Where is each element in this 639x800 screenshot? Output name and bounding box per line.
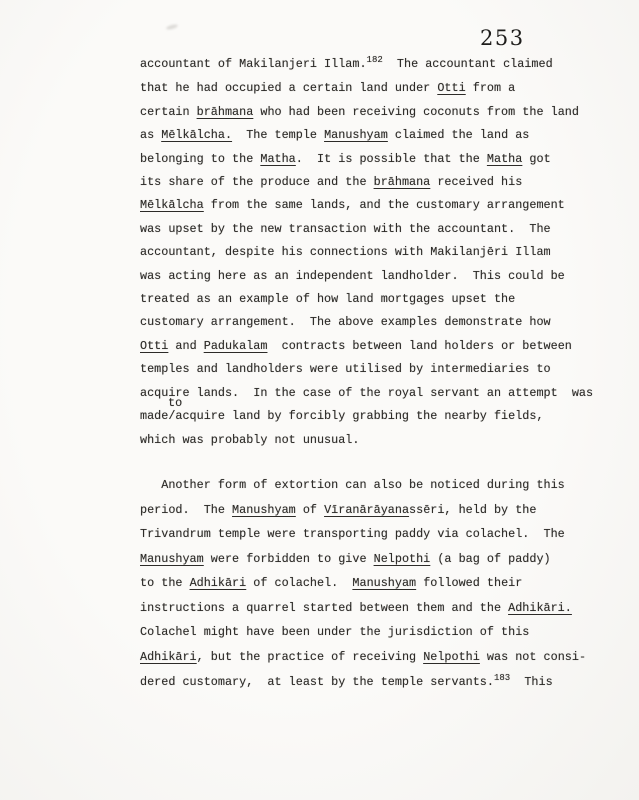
- text-line: accountant, despite his connections with…: [140, 241, 593, 264]
- text-segment: from a: [466, 81, 516, 95]
- underlined-term: Manushyam: [324, 128, 388, 142]
- text-segment: (a bag of paddy): [430, 552, 550, 566]
- text-line: Otti and Padukalam contracts between lan…: [140, 335, 593, 358]
- underlined-term: Nelpothi: [423, 650, 480, 664]
- underlined-term: Adhikāri.: [508, 601, 572, 615]
- underlined-term: Otti: [437, 81, 465, 95]
- text-segment: Trivandrum temple were transporting padd…: [140, 527, 565, 541]
- text-segment: was not consi-: [480, 650, 586, 664]
- scan-smudge: [166, 24, 179, 31]
- text-segment: Colachel might have been under the juris…: [140, 625, 529, 639]
- underlined-term: Otti: [140, 339, 168, 353]
- page-text: accountant of Makilanjeri Illam.182 The …: [140, 53, 593, 695]
- underlined-term: Mēlkālcha.: [161, 128, 232, 142]
- page-number: 253: [480, 26, 525, 50]
- text-segment: of colachel.: [246, 576, 352, 590]
- text-line: Manushyam were forbidden to give Nelpoth…: [140, 547, 593, 572]
- text-segment: to the: [140, 576, 190, 590]
- text-segment: its share of the produce and the: [140, 175, 374, 189]
- text-segment: period. The: [140, 503, 232, 517]
- text-segment: was upset by the new transaction with th…: [140, 222, 551, 236]
- text-segment: This: [510, 675, 552, 689]
- text-segment: belonging to the: [140, 152, 260, 166]
- text-line: Mēlkālcha from the same lands, and the c…: [140, 194, 593, 217]
- text-line: treated as an example of how land mortga…: [140, 288, 593, 311]
- paragraph: accountant of Makilanjeri Illam.182 The …: [140, 53, 593, 452]
- text-line: period. The Manushyam of Vīranārāyanassē…: [140, 498, 593, 523]
- text-segment: claimed the land as: [388, 128, 530, 142]
- text-segment: acquire lands. In the case of the royal …: [140, 386, 593, 400]
- text-line: was upset by the new transaction with th…: [140, 218, 593, 241]
- text-segment: accountant of Makilanjeri Illam.: [140, 57, 367, 71]
- text-segment: , but the practice of receiving: [197, 650, 424, 664]
- footnote-ref: 183: [494, 673, 510, 683]
- text-line: accountant of Makilanjeri Illam.182 The …: [140, 53, 593, 77]
- text-segment: and: [168, 339, 203, 353]
- underlined-term: Matha: [260, 152, 295, 166]
- text-line: dered customary, at least by the temple …: [140, 670, 593, 696]
- text-line: to the Adhikāri of colachel. Manushyam f…: [140, 571, 593, 596]
- text-segment: received his: [430, 175, 522, 189]
- document-page: 253 accountant of Makilanjeri Illam.182 …: [0, 0, 639, 800]
- text-line: Another form of extortion can also be no…: [140, 473, 593, 498]
- text-segment: that he had occupied a certain land unde…: [140, 81, 437, 95]
- paragraph: Another form of extortion can also be no…: [140, 473, 593, 695]
- underlined-term: Manushyam: [140, 552, 204, 566]
- inserted-word: to: [168, 392, 182, 415]
- text-segment: ssēri, held by the: [409, 503, 536, 517]
- text-segment: temples and landholders were utilised by…: [140, 362, 551, 376]
- text-line: was acting here as an independent landho…: [140, 265, 593, 288]
- text-line: Adhikāri, but the practice of receiving …: [140, 645, 593, 670]
- text-segment: The accountant claimed: [383, 57, 553, 71]
- text-segment: which was probably not unusual.: [140, 433, 359, 447]
- underlined-term: Nelpothi: [374, 552, 431, 566]
- text-line: tomade/acquire land by forcibly grabbing…: [140, 405, 593, 428]
- text-segment: as: [140, 128, 161, 142]
- text-segment: instructions a quarrel started between t…: [140, 601, 508, 615]
- text-segment: were forbidden to give: [204, 552, 374, 566]
- text-segment: of: [296, 503, 324, 517]
- text-segment: accountant, despite his connections with…: [140, 245, 551, 259]
- underlined-term: Manushyam: [352, 576, 416, 590]
- text-line: certain brāhmana who had been receiving …: [140, 101, 593, 124]
- text-line: as Mēlkālcha. The temple Manushyam claim…: [140, 124, 593, 147]
- text-segment: got: [522, 152, 550, 166]
- text-segment: certain: [140, 105, 197, 119]
- text-segment: made/acquire land by forcibly grabbing t…: [140, 409, 544, 423]
- text-segment: was acting here as an independent landho…: [140, 269, 565, 283]
- text-segment: dered customary, at least by the temple …: [140, 675, 494, 689]
- text-line: customary arrangement. The above example…: [140, 311, 593, 334]
- text-segment: treated as an example of how land mortga…: [140, 292, 515, 306]
- underlined-term: Matha: [487, 152, 522, 166]
- underlined-term: Adhikāri: [140, 650, 197, 664]
- text-line: instructions a quarrel started between t…: [140, 596, 593, 621]
- underlined-term: brāhmana: [197, 105, 254, 119]
- text-segment: customary arrangement. The above example…: [140, 315, 551, 329]
- text-line: that he had occupied a certain land unde…: [140, 77, 593, 100]
- underlined-term: Vīranārāyana: [324, 503, 409, 517]
- underlined-term: Manushyam: [232, 503, 296, 517]
- underlined-term: Mēlkālcha: [140, 198, 204, 212]
- text-line: Colachel might have been under the juris…: [140, 620, 593, 645]
- text-line: temples and landholders were utilised by…: [140, 358, 593, 381]
- text-line: Trivandrum temple were transporting padd…: [140, 522, 593, 547]
- underlined-term: Adhikāri: [190, 576, 247, 590]
- text-segment: . It is possible that the: [296, 152, 487, 166]
- text-segment: from the same lands, and the customary a…: [204, 198, 565, 212]
- text-segment: The temple: [232, 128, 324, 142]
- text-segment: who had been receiving coconuts from the…: [253, 105, 579, 119]
- underlined-term: Padukalam: [204, 339, 268, 353]
- text-line: belonging to the Matha. It is possible t…: [140, 148, 593, 171]
- text-line: acquire lands. In the case of the royal …: [140, 382, 593, 405]
- text-segment: Another form of extortion can also be no…: [140, 478, 565, 492]
- text-line: which was probably not unusual.: [140, 429, 593, 452]
- text-segment: followed their: [416, 576, 522, 590]
- underlined-term: brāhmana: [374, 175, 431, 189]
- footnote-ref: 182: [367, 55, 383, 65]
- text-segment: contracts between land holders or betwee…: [267, 339, 571, 353]
- text-line: its share of the produce and the brāhman…: [140, 171, 593, 194]
